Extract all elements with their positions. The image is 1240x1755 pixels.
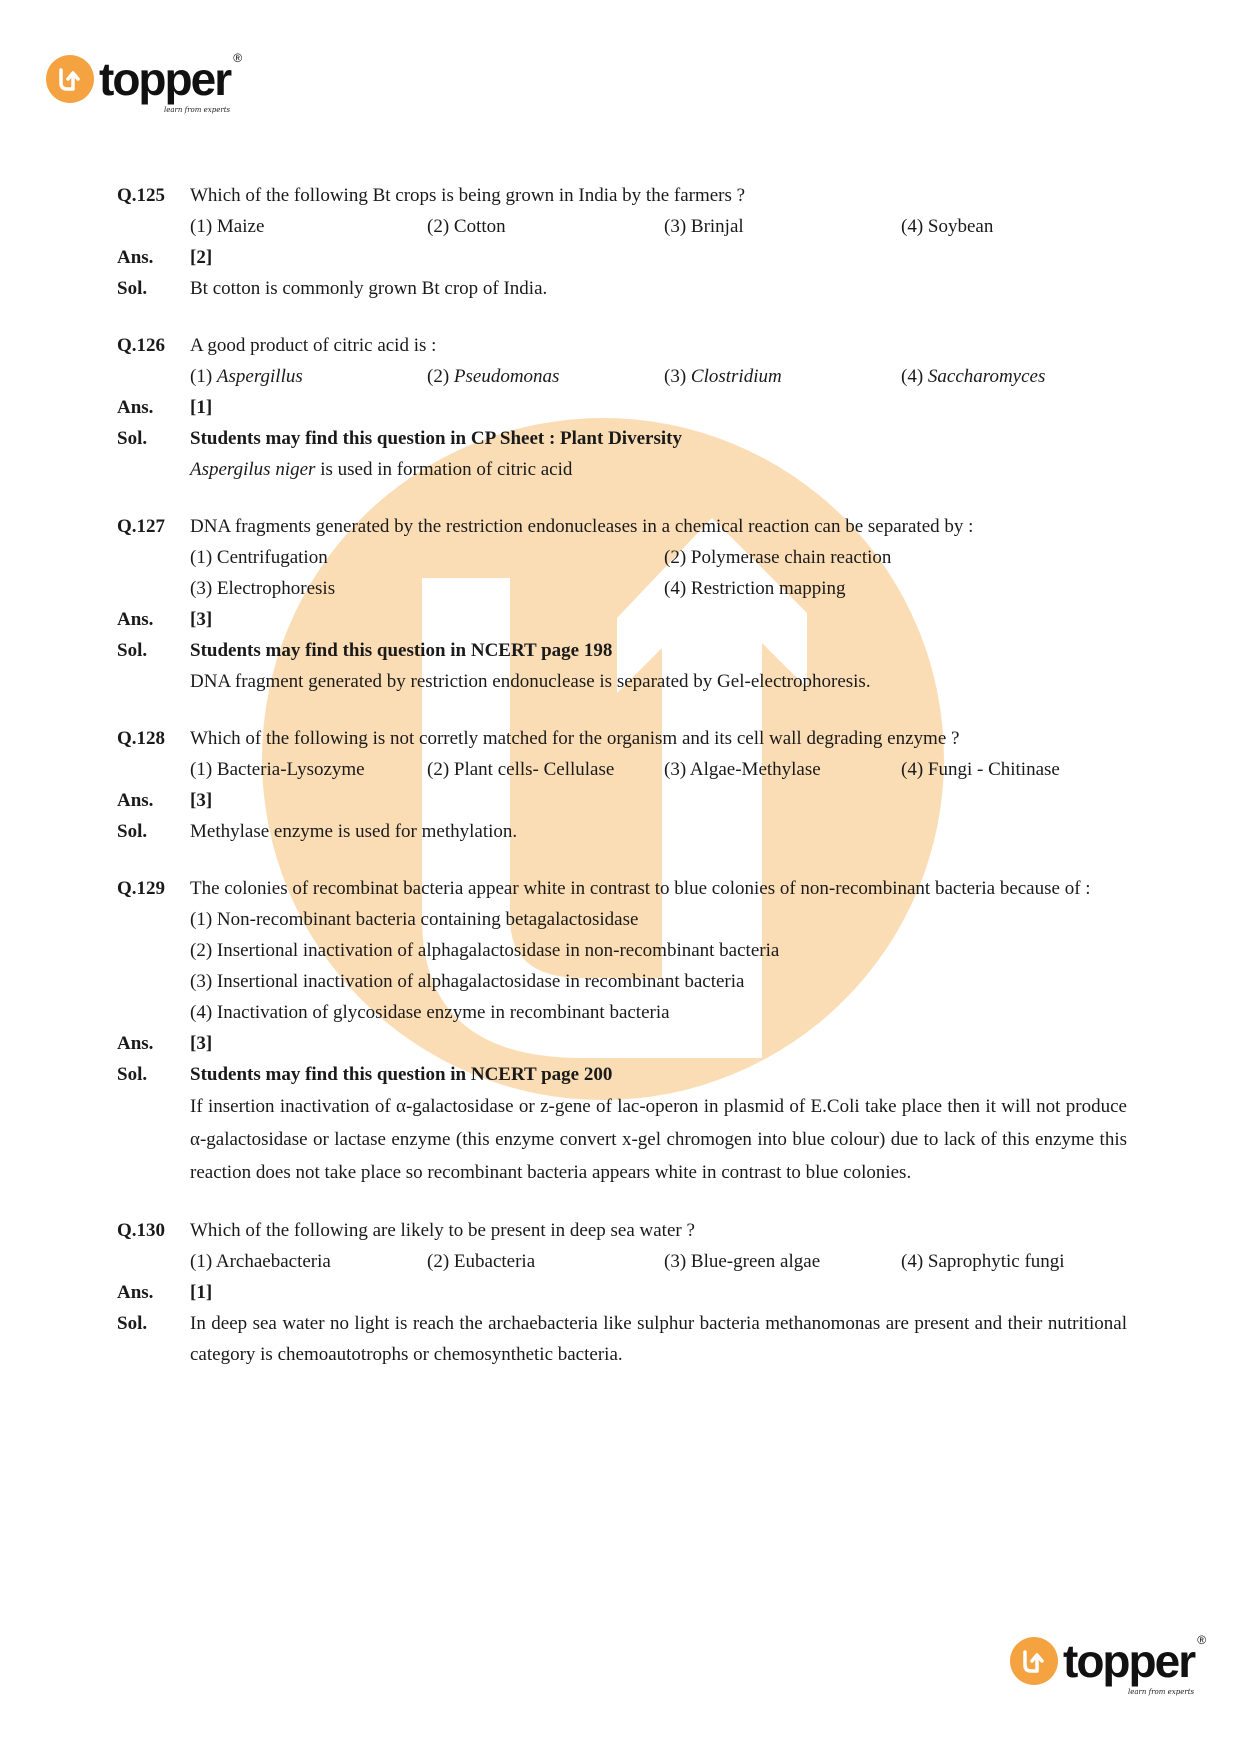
solution-text: If insertion inactivation of α-galactosi… [190, 1090, 1127, 1189]
answer-label: Ans. [117, 392, 190, 423]
solution-heading: Students may find this question in NCERT… [190, 635, 1127, 666]
option-2: (2) Polymerase chain reaction [664, 542, 1138, 573]
options: (1) Centrifugation (2) Polymerase chain … [190, 542, 1138, 573]
solution-label: Sol. [117, 1059, 190, 1090]
options: (1) Aspergillus (2) Pseudomonas (3) Clos… [190, 361, 1127, 392]
options: (1) Archaebacteria (2) Eubacteria (3) Bl… [190, 1246, 1127, 1277]
answer-value: [1] [190, 392, 1127, 423]
brand-wordmark: topper ® learn from experts [99, 56, 230, 102]
option-2: (2) Insertional inactivation of alphagal… [190, 935, 1127, 966]
u-arrow-icon [1010, 1637, 1058, 1685]
solution-text: DNA fragment generated by restriction en… [190, 666, 1127, 697]
option-1: (1) Maize [190, 211, 427, 242]
solution-heading: Students may find this question in CP Sh… [190, 423, 1127, 454]
option-4: (4) Inactivation of glycosidase enzyme i… [190, 997, 1127, 1028]
solution-label: Sol. [117, 273, 190, 304]
options: (1) Maize (2) Cotton (3) Brinjal (4) Soy… [190, 211, 1127, 242]
solution-text: Bt cotton is commonly grown Bt crop of I… [190, 273, 1127, 304]
options: (1) Bacteria-Lysozyme (2) Plant cells- C… [190, 754, 1127, 785]
brand-wordmark: topper ® learn from experts [1063, 1638, 1194, 1684]
question-127: Q.127DNA fragments generated by the rest… [117, 511, 1127, 697]
answer-value: [2] [190, 242, 1127, 273]
question-130: Q.130Which of the following are likely t… [117, 1215, 1127, 1370]
options: (3) Electrophoresis (4) Restriction mapp… [190, 573, 1138, 604]
option-3: (3) Insertional inactivation of alphagal… [190, 966, 1127, 997]
question-125: Q.125Which of the following Bt crops is … [117, 180, 1127, 304]
answer-label: Ans. [117, 1028, 190, 1059]
brand-logo-top: topper ® learn from experts [46, 55, 230, 103]
brand-logo-bottom: topper ® learn from experts [1010, 1637, 1194, 1685]
option-1: (1) Centrifugation [190, 542, 664, 573]
question-126: Q.126A good product of citric acid is : … [117, 330, 1127, 485]
question-text: Which of the following Bt crops is being… [190, 180, 1127, 211]
answer-value: [1] [190, 1277, 1127, 1308]
solution-label: Sol. [117, 635, 190, 666]
solution-text: Aspergilus niger is used in formation of… [190, 454, 1127, 485]
option-1: (1) Archaebacteria [190, 1246, 427, 1277]
registered-mark: ® [1197, 1634, 1206, 1646]
question-number: Q.125 [117, 180, 190, 211]
question-text: Which of the following are likely to be … [190, 1215, 1127, 1246]
question-129: Q.129The colonies of recombinat bacteria… [117, 873, 1127, 1189]
option-2: (2) Cotton [427, 211, 664, 242]
option-1: (1) Non-recombinant bacteria containing … [190, 904, 1127, 935]
question-number: Q.127 [117, 511, 190, 542]
u-arrow-icon [46, 55, 94, 103]
question-number: Q.128 [117, 723, 190, 754]
question-number: Q.129 [117, 873, 190, 904]
option-3: (3) Blue-green algae [664, 1246, 901, 1277]
solution-text: Methylase enzyme is used for methylation… [190, 816, 1127, 847]
registered-mark: ® [233, 52, 242, 64]
answer-value: [3] [190, 785, 1127, 816]
solution-label: Sol. [117, 1308, 190, 1370]
option-3: (3) Electrophoresis [190, 573, 664, 604]
brand-tagline: learn from experts [1128, 1689, 1194, 1696]
solution-text: In deep sea water no light is reach the … [190, 1308, 1127, 1370]
option-4: (4) Restriction mapping [664, 573, 1138, 604]
option-4: (4) Saprophytic fungi [901, 1246, 1065, 1277]
brand-tagline: learn from experts [164, 107, 230, 114]
answer-label: Ans. [117, 785, 190, 816]
option-4: (4) Soybean [901, 211, 993, 242]
option-3: (3) Clostridium [664, 361, 901, 392]
option-2: (2) Pseudomonas [427, 361, 664, 392]
option-4: (4) Saccharomyces [901, 361, 1045, 392]
question-text: Which of the following is not corretly m… [190, 723, 1127, 754]
option-3: (3) Algae-Methylase [664, 754, 901, 785]
option-4: (4) Fungi - Chitinase [901, 754, 1060, 785]
question-list: Q.125Which of the following Bt crops is … [117, 180, 1127, 1396]
question-number: Q.130 [117, 1215, 190, 1246]
option-1: (1) Aspergillus [190, 361, 427, 392]
solution-label: Sol. [117, 816, 190, 847]
answer-label: Ans. [117, 1277, 190, 1308]
option-2: (2) Eubacteria [427, 1246, 664, 1277]
question-128: Q.128Which of the following is not corre… [117, 723, 1127, 847]
question-number: Q.126 [117, 330, 190, 361]
option-1: (1) Bacteria-Lysozyme [190, 754, 427, 785]
question-text: The colonies of recombinat bacteria appe… [190, 873, 1127, 904]
answer-label: Ans. [117, 242, 190, 273]
question-text: A good product of citric acid is : [190, 330, 1127, 361]
solution-heading: Students may find this question in NCERT… [190, 1059, 1127, 1090]
question-text: DNA fragments generated by the restricti… [190, 511, 1127, 542]
answer-value: [3] [190, 604, 1127, 635]
answer-label: Ans. [117, 604, 190, 635]
option-3: (3) Brinjal [664, 211, 901, 242]
answer-value: [3] [190, 1028, 1127, 1059]
solution-label: Sol. [117, 423, 190, 454]
option-2: (2) Plant cells- Cellulase [427, 754, 664, 785]
